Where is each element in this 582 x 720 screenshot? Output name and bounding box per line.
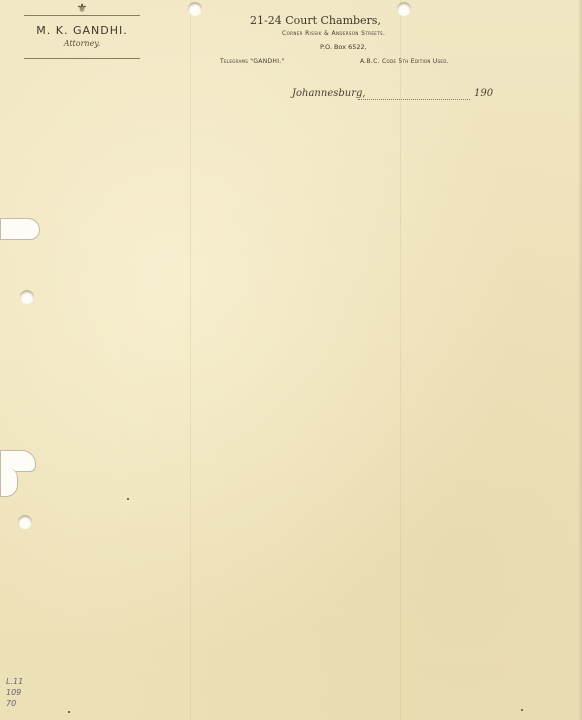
po-box: P.O. Box 6522, [320, 43, 367, 51]
divider [24, 58, 140, 59]
speck [127, 498, 129, 500]
sender-block: ⚜ M. K. GANDHI. Attorney. [24, 0, 140, 60]
torn-edge [0, 468, 18, 497]
telegrams: Telegrams "GANDHI." [220, 58, 285, 65]
speck [68, 711, 70, 713]
year-prefix: 190 [474, 88, 493, 99]
sender-name: M. K. GANDHI. [24, 24, 140, 37]
punch-hole [397, 2, 411, 16]
sender-title: Attorney. [24, 39, 140, 48]
punch-hole [18, 515, 32, 529]
divider [24, 15, 140, 16]
city: Johannesburg, [292, 88, 366, 99]
paper-edge [578, 0, 582, 720]
pencil-note: L.11 [6, 676, 23, 687]
pencil-note: 109 [6, 687, 23, 698]
address-line-2: Corner Rissik & Anderson Streets. [282, 30, 385, 37]
punch-hole [20, 290, 34, 304]
fold-line [400, 0, 401, 720]
torn-edge [0, 218, 40, 240]
fold-line [190, 0, 191, 720]
punch-hole [188, 2, 202, 16]
abc-code: A.B.C. Code 5th Edition Used. [360, 58, 449, 65]
fleur-de-lis-icon: ⚜ [24, 2, 140, 14]
speck [521, 709, 523, 711]
address-line-1: 21-24 Court Chambers, [250, 14, 381, 27]
dateline: Johannesburg, 190 [292, 88, 502, 104]
pencil-note: 70 [6, 698, 23, 709]
date-blank [358, 99, 470, 100]
letterhead-paper: ⚜ M. K. GANDHI. Attorney. 21-24 Court Ch… [0, 0, 582, 720]
pencil-notes: L.11 109 70 [6, 676, 23, 709]
